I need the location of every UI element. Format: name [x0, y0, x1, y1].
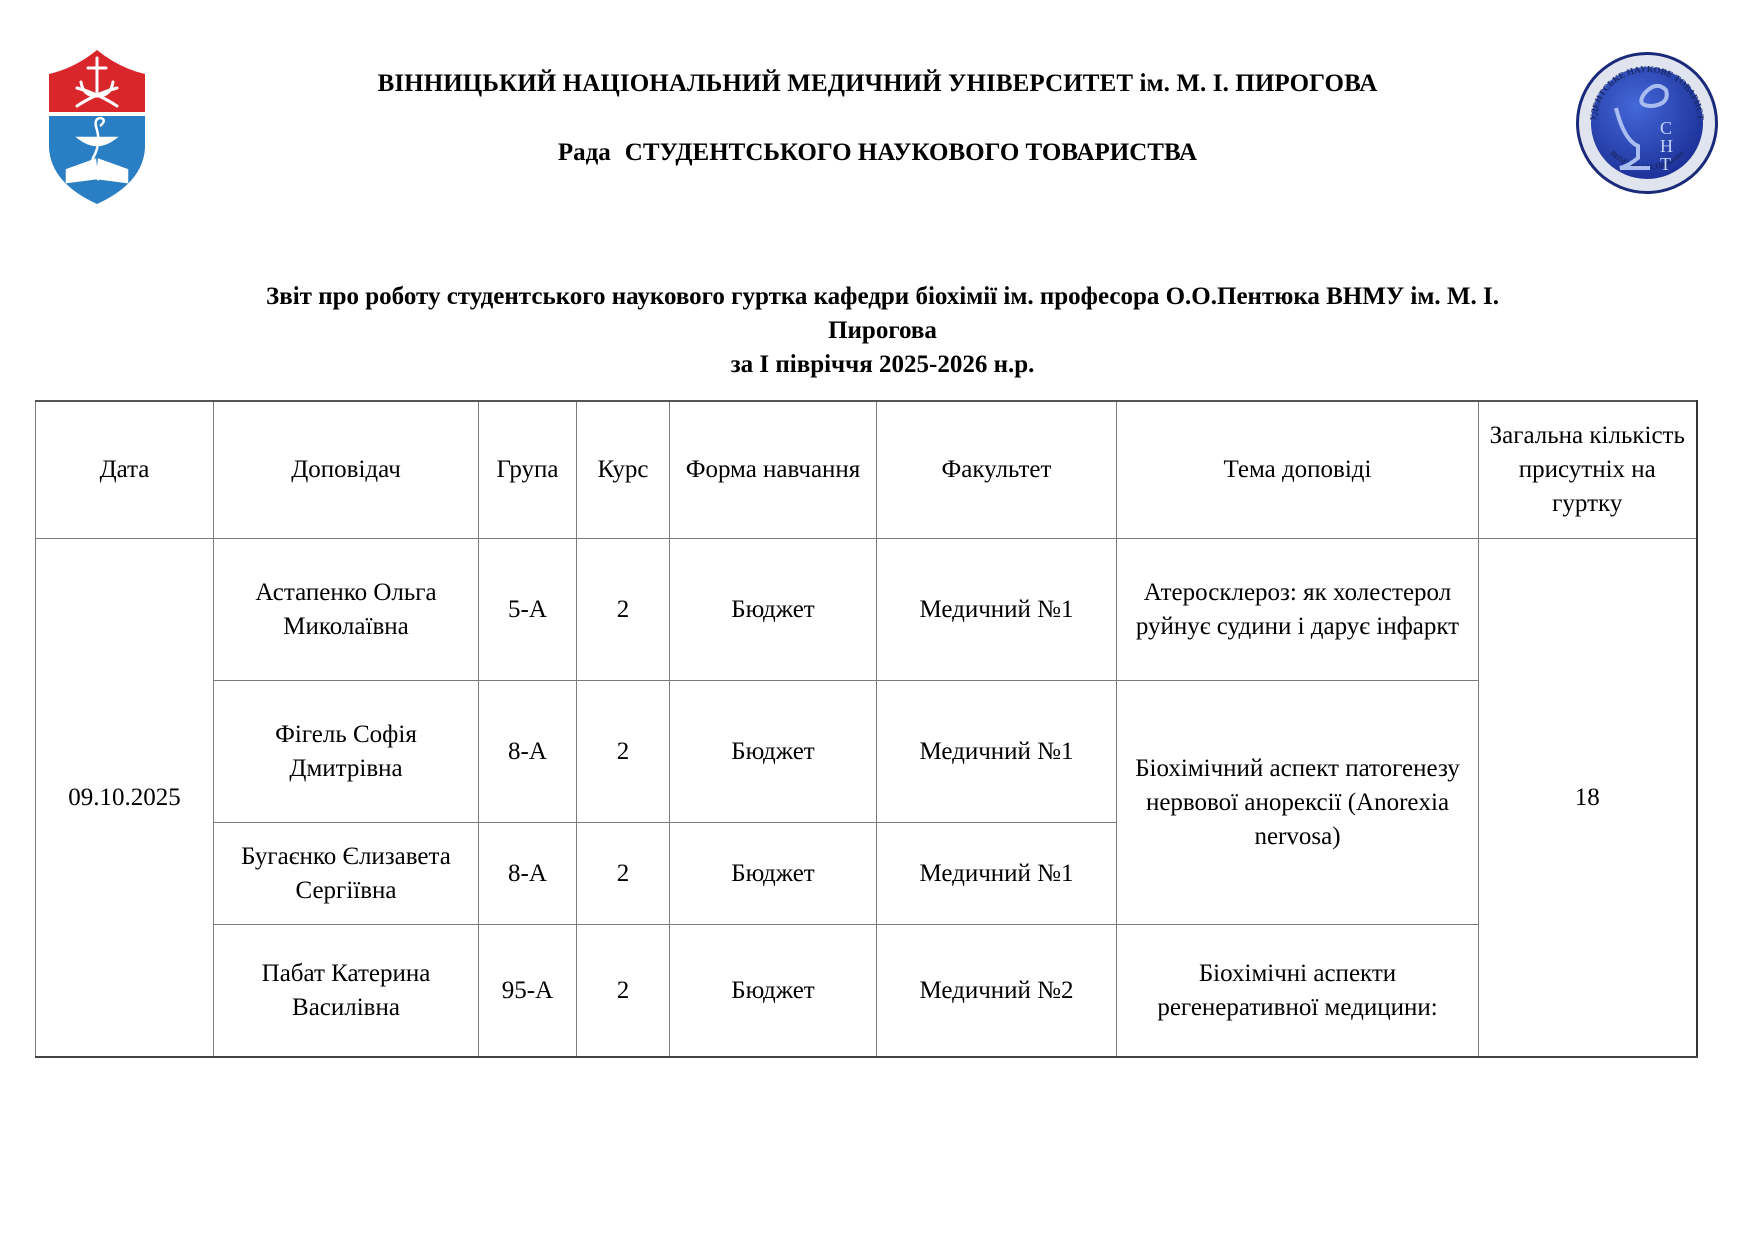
group-cell: 95-А [479, 925, 577, 1058]
study-form-cell: Бюджет [670, 925, 877, 1058]
svg-text:Н: Н [1660, 136, 1673, 156]
council-prefix: Рада [558, 139, 611, 166]
column-header-speaker: Доповідач [214, 401, 479, 539]
council-title: РадаСТУДЕНТСЬКОГО НАУКОВОГО ТОВАРИСТВА [200, 139, 1555, 167]
report-title-line-2: Пирогова [100, 314, 1665, 348]
svg-text:С: С [1660, 118, 1672, 138]
attendees-cell: 18 [1479, 539, 1697, 1058]
university-title: ВІННИЦЬКИЙ НАЦІОНАЛЬНИЙ МЕДИЧНИЙ УНІВЕРС… [200, 70, 1555, 98]
group-cell: 5-А [479, 539, 577, 681]
group-cell: 8-А [479, 681, 577, 823]
course-cell: 2 [577, 925, 670, 1058]
report-title-line-3: за I півріччя 2025-2026 н.р. [100, 348, 1665, 382]
table-row: Пабат Катерина Василівна 95-А 2 Бюджет М… [36, 925, 1697, 1058]
column-header-group: Група [479, 401, 577, 539]
student-scientific-society-seal-icon: СТУДЕНТСЬКЕ НАУКОВЕ ТОВАРИСТВО ВНМУ ім. … [1574, 50, 1720, 196]
table-row: Фігель Софія Дмитрівна 8-А 2 Бюджет Меди… [36, 681, 1697, 823]
speaker-cell: Фігель Софія Дмитрівна [214, 681, 479, 823]
group-cell: 8-А [479, 823, 577, 925]
topic-cell: Біохімічний аспект патогенезу нервової а… [1117, 681, 1479, 925]
report-title: Звіт про роботу студентського наукового … [100, 280, 1665, 382]
svg-text:Т: Т [1660, 154, 1671, 174]
study-form-cell: Бюджет [670, 539, 877, 681]
faculty-cell: Медичний №2 [877, 925, 1117, 1058]
speaker-cell: Астапенко Ольга Миколаївна [214, 539, 479, 681]
date-cell: 09.10.2025 [36, 539, 214, 1058]
topic-cell: Біохімічні аспекти регенеративної медици… [1117, 925, 1479, 1058]
report-title-line-1: Звіт про роботу студентського наукового … [100, 280, 1665, 314]
faculty-cell: Медичний №1 [877, 681, 1117, 823]
speaker-cell: Пабат Катерина Василівна [214, 925, 479, 1058]
council-name: СТУДЕНТСЬКОГО НАУКОВОГО ТОВАРИСТВА [625, 139, 1197, 166]
table-row: 09.10.2025 Астапенко Ольга Миколаївна 5-… [36, 539, 1697, 681]
column-header-faculty: Факультет [877, 401, 1117, 539]
study-form-cell: Бюджет [670, 823, 877, 925]
faculty-cell: Медичний №1 [877, 539, 1117, 681]
column-header-study-form: Форма навчання [670, 401, 877, 539]
column-header-date: Дата [36, 401, 214, 539]
column-header-attendees: Загальна кількість присутніх на гуртку [1479, 401, 1697, 539]
column-header-course: Курс [577, 401, 670, 539]
topic-cell: Атеросклероз: як холестерол руйнує судин… [1117, 539, 1479, 681]
course-cell: 2 [577, 823, 670, 925]
course-cell: 2 [577, 681, 670, 823]
university-crest-icon [45, 48, 149, 206]
course-cell: 2 [577, 539, 670, 681]
speaker-cell: Бугаєнко Єлизавета Сергіївна [214, 823, 479, 925]
faculty-cell: Медичний №1 [877, 823, 1117, 925]
column-header-topic: Тема доповіді [1117, 401, 1479, 539]
study-form-cell: Бюджет [670, 681, 877, 823]
table-header-row: Дата Доповідач Група Курс Форма навчання… [36, 401, 1697, 539]
report-table: Дата Доповідач Група Курс Форма навчання… [35, 400, 1698, 1058]
